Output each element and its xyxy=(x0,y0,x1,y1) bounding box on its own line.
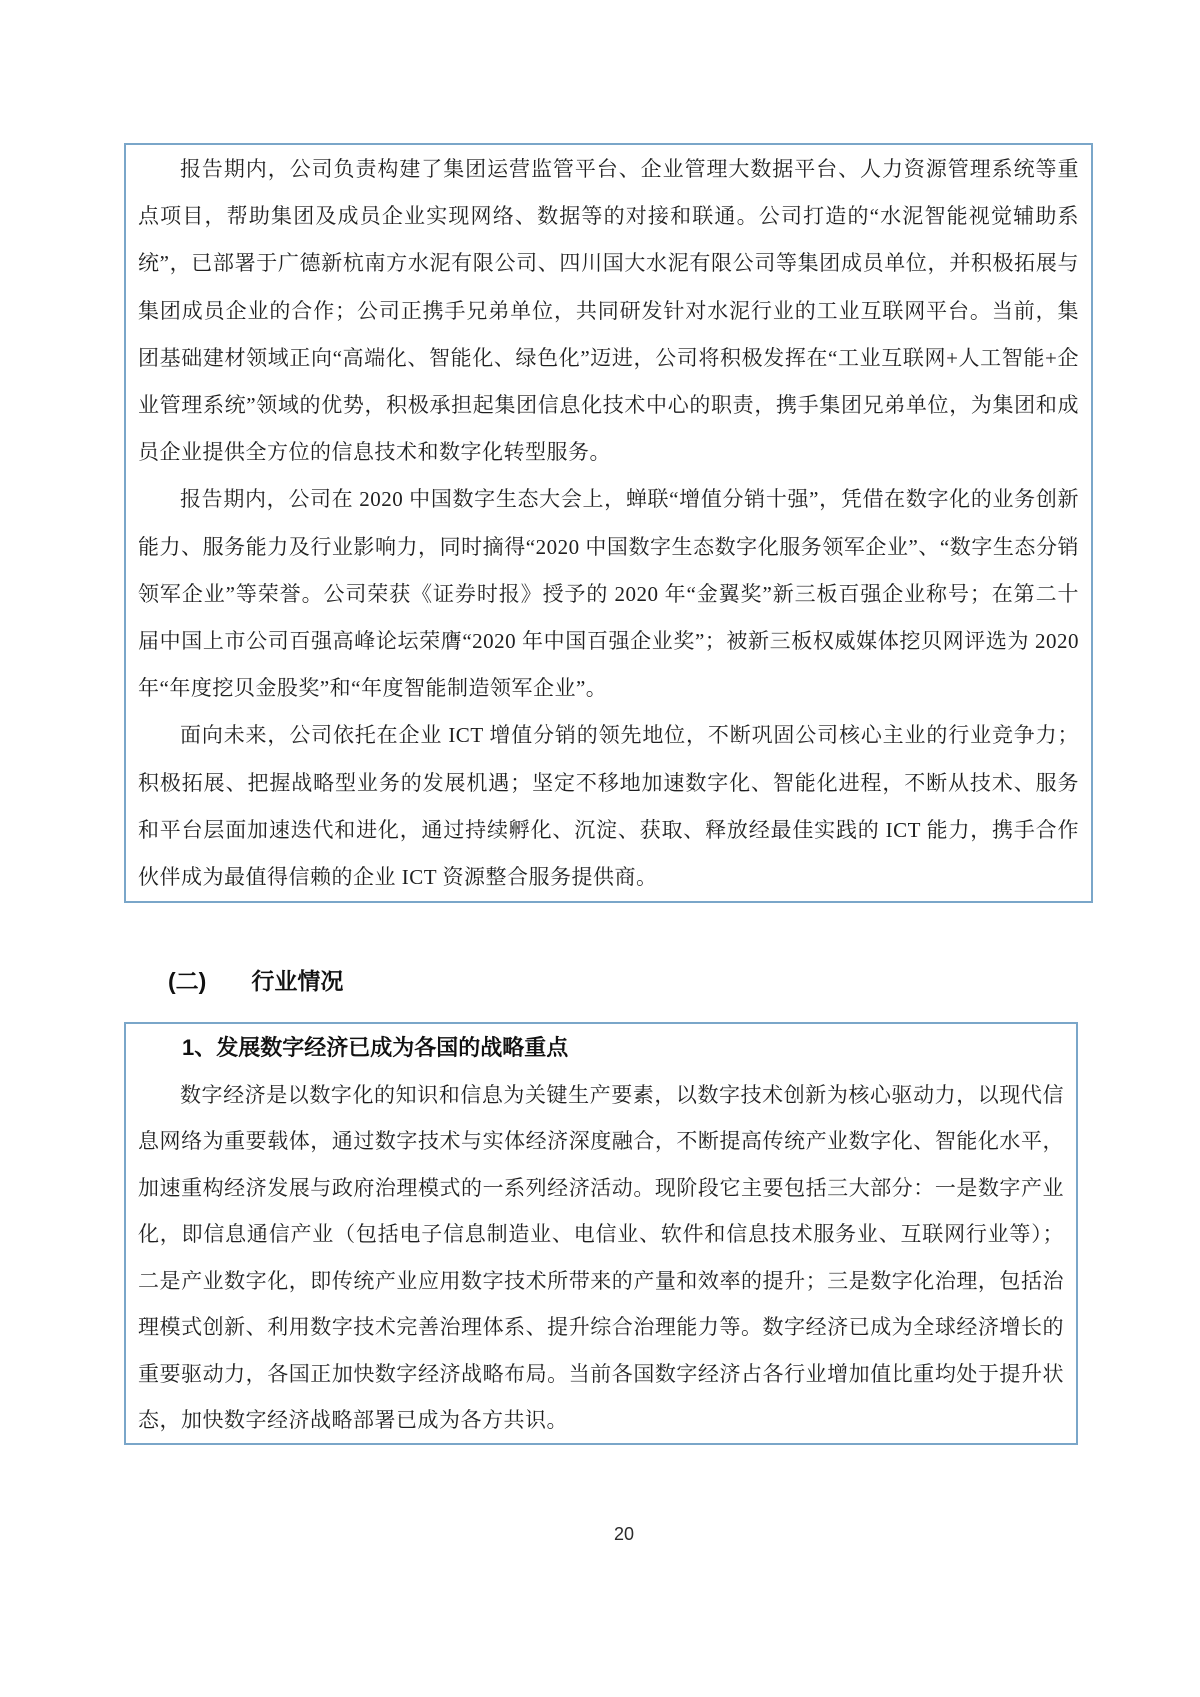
company-overview-text-box: 报告期内，公司负责构建了集团运营监管平台、企业管理大数据平台、人力资源管理系统等… xyxy=(124,143,1093,903)
paragraph-company-awards: 报告期内，公司在 2020 中国数字生态大会上，蝉联“增值分销十强”，凭借在数字… xyxy=(138,476,1079,712)
subsection-heading-digital-economy: 1、发展数字经济已成为各国的战略重点 xyxy=(138,1025,1064,1072)
paragraph-company-platforms: 报告期内，公司负责构建了集团运营监管平台、企业管理大数据平台、人力资源管理系统等… xyxy=(138,146,1079,476)
page-number: 20 xyxy=(0,1524,1200,1545)
document-page: 报告期内，公司负责构建了集团运营监管平台、企业管理大数据平台、人力资源管理系统等… xyxy=(0,0,1200,1697)
paragraph-digital-economy: 数字经济是以数字化的知识和信息为关键生产要素，以数字技术创新为核心驱动力，以现代… xyxy=(138,1072,1064,1444)
industry-situation-text-box: 1、发展数字经济已成为各国的战略重点 数字经济是以数字化的知识和信息为关键生产要… xyxy=(124,1022,1078,1445)
paragraph-company-outlook: 面向未来，公司依托在企业 ICT 增值分销的领先地位，不断巩固公司核心主业的行业… xyxy=(138,712,1079,901)
section-title: 行业情况 xyxy=(251,963,343,996)
section-number: (二) xyxy=(168,963,206,996)
section-heading: (二) 行业情况 xyxy=(168,963,343,996)
